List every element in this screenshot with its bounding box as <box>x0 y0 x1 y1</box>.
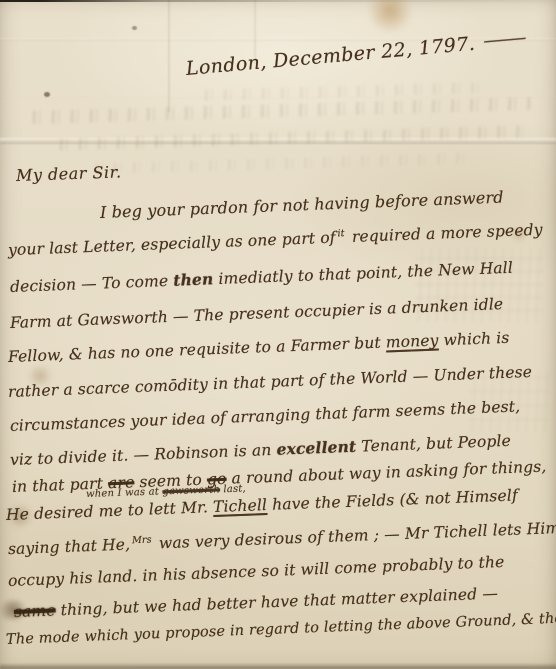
letter-scan-page: London, December 22, 1797. — My dear Sir… <box>0 0 556 669</box>
letter-line-4: Farm at Gawsworth — The present occupier… <box>10 295 504 332</box>
salutation: My dear Sir. <box>16 162 122 185</box>
line-text: thing, but we had better have that matte… <box>55 584 498 619</box>
line-text: rather a scarce comōdity in that part of… <box>8 363 533 401</box>
overwritten-word: then <box>173 269 214 290</box>
line-text: occupy his land. in his absence so it wi… <box>8 553 505 590</box>
dateline-dash: — <box>481 26 529 52</box>
line-text: decision — To come <box>10 272 174 296</box>
paper-speck <box>132 26 137 30</box>
letter-line-6: rather a scarce comōdity in that part of… <box>8 363 533 401</box>
line-text: I beg your pardon for not having before … <box>100 188 504 222</box>
line-text: viz to divide it. — Robinson is an <box>10 441 277 469</box>
line-text: was very desirous of them ; — Mr Tichell… <box>154 519 556 553</box>
overwritten-word: excellent <box>276 437 356 459</box>
ink-bleedthrough <box>200 82 480 101</box>
letter-line-11: saying that He,Mrs was very desirous of … <box>8 519 556 558</box>
superscript-insertion: Mrs <box>132 534 152 546</box>
line-text: Tenant, but People <box>356 432 511 456</box>
insertion-text: when I was at <box>86 486 163 500</box>
struck-blotted-word: same <box>14 601 56 621</box>
letter-line-12: occupy his land. in his absence so it wi… <box>8 553 505 590</box>
ink-bleedthrough <box>90 153 470 175</box>
line-text: Fellow, & has no one requisite to a Farm… <box>8 333 387 366</box>
line-text: saying that He, <box>8 535 131 558</box>
superscript-insertion: it <box>337 228 345 239</box>
underlined-name: Tichell <box>213 496 268 516</box>
dateline: London, December 22, 1797. — <box>185 29 516 80</box>
ink-bleedthrough <box>28 97 533 124</box>
line-text: a round about way in asking for things, <box>226 457 547 487</box>
underlined-word: money <box>385 331 438 351</box>
letter-line-7: circumstances your idea of arranging tha… <box>10 397 521 435</box>
line-text: have the Fields (& not Himself <box>267 486 518 514</box>
letter-line-5: Fellow, & has no one requisite to a Farm… <box>8 329 510 366</box>
ink-bleedthrough <box>55 125 523 150</box>
paper-crease <box>168 0 170 112</box>
line-text: which is <box>438 329 510 350</box>
line-text: He desired me to lett Mr. <box>6 498 214 524</box>
insertion-text: last, <box>220 483 246 495</box>
line-text: Farm at Gawsworth — The present occupier… <box>10 295 504 332</box>
line-text: your last Letter, especially as one part… <box>8 229 336 260</box>
line-text: circumstances your idea of arranging tha… <box>10 397 521 435</box>
scan-edge-top <box>0 0 556 2</box>
struck-word: gawsworth <box>162 484 220 497</box>
paper-stain <box>366 0 414 32</box>
scan-edge-bottom <box>0 663 556 669</box>
line-text: required a more speedy <box>347 221 543 247</box>
paper-speck <box>44 92 50 97</box>
letter-line-1: I beg your pardon for not having before … <box>100 188 504 222</box>
